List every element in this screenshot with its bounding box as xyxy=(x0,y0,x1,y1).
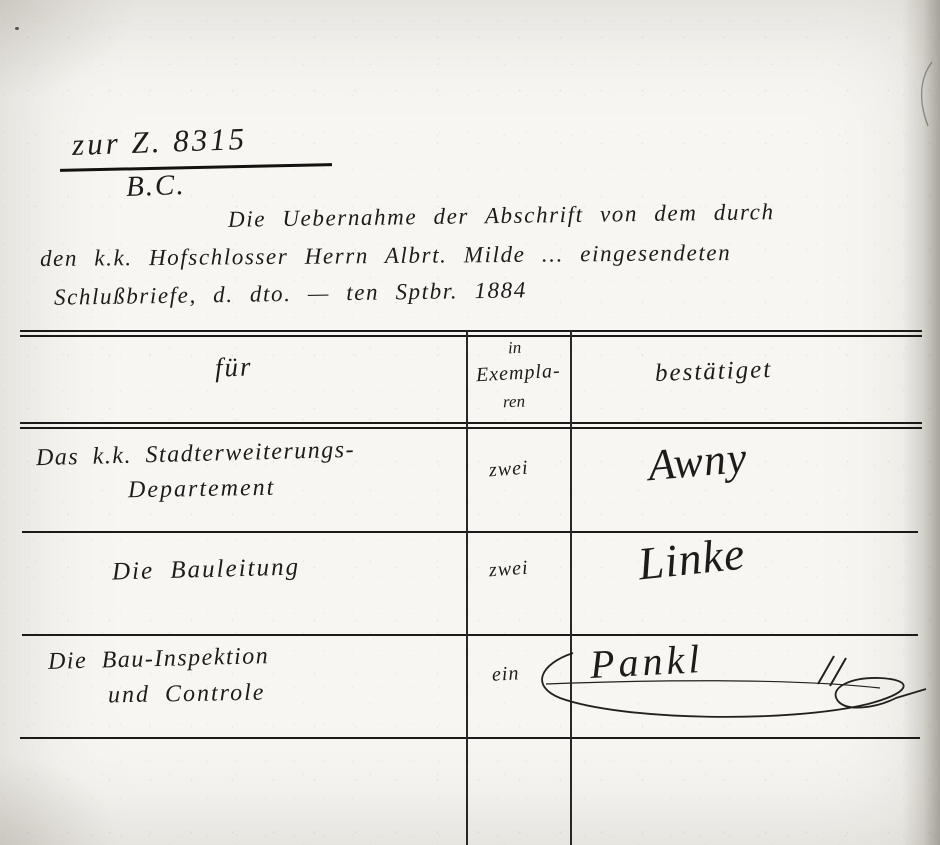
table-top-rule-2 xyxy=(20,335,922,337)
reference-number: zur Z. 8315 xyxy=(71,121,247,163)
row2-copies: zwei xyxy=(488,557,529,583)
row3-signature: Pankl xyxy=(589,635,705,688)
table-vertical-rule-2 xyxy=(570,330,572,845)
scan-shade-top-left xyxy=(0,0,140,100)
table-vertical-rule-1 xyxy=(466,330,468,845)
row1-signature: Awny xyxy=(646,432,749,491)
body-line-3: Schlußbriefe, d. dto. — ten Sptbr. 1884 xyxy=(54,277,527,310)
column-header-copies-line2: Exempla- xyxy=(475,360,561,387)
column-header-recipient: für xyxy=(214,351,253,383)
column-header-copies-line1: in xyxy=(507,338,521,359)
row1-recipient-line1: Das k.k. Stadterweiterungs- xyxy=(36,437,356,472)
office-code: B.C. xyxy=(125,169,186,204)
table-header-rule-2 xyxy=(20,427,922,429)
body-line-1: Die Uebernahme der Abschrift von dem dur… xyxy=(228,199,775,233)
column-header-copies-line3: ren xyxy=(503,392,526,413)
document-scan: zur Z. 8315 B.C. Die Uebernahme der Absc… xyxy=(0,0,940,845)
row1-copies: zwei xyxy=(488,457,529,483)
row1-recipient-line2: Departement xyxy=(128,475,276,505)
reference-underline xyxy=(60,163,332,172)
row3-copies: ein xyxy=(491,662,520,686)
table-top-rule-1 xyxy=(20,330,922,332)
table-header-rule-1 xyxy=(20,422,922,424)
table-row-rule-1 xyxy=(22,531,918,533)
row3-recipient-line1: Die Bau-Inspektion xyxy=(48,643,270,676)
row2-recipient-line1: Die Bauleitung xyxy=(112,554,301,587)
row3-signature-flourish xyxy=(528,628,928,738)
scan-shade-bottom-left xyxy=(0,755,120,845)
scan-artifact-curl xyxy=(912,60,936,130)
row2-signature: Linke xyxy=(636,527,748,591)
scan-artifact-speck xyxy=(15,27,19,30)
body-line-2: den k.k. Hofschlosser Herrn Albrt. Milde… xyxy=(40,240,731,272)
column-header-confirmed: bestätiget xyxy=(655,356,773,388)
row3-recipient-line2: und Controle xyxy=(108,680,266,710)
